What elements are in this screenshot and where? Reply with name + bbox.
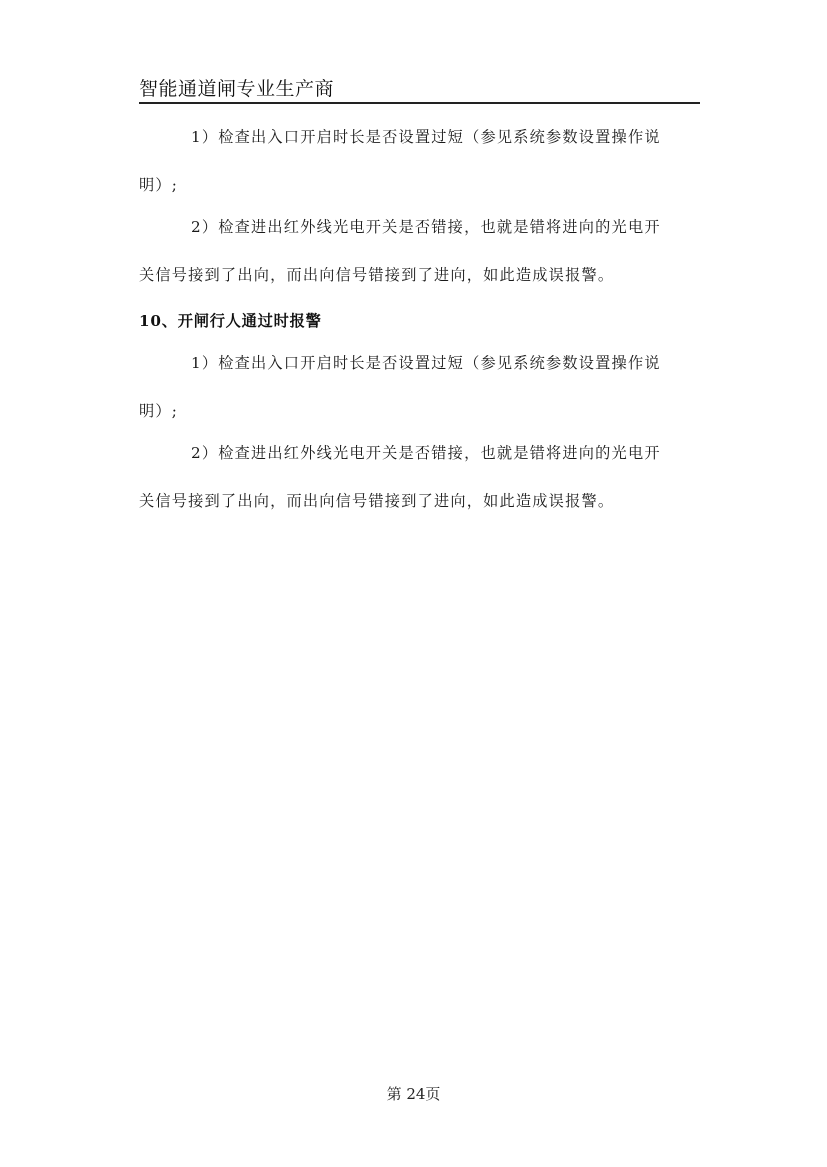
paragraph-line: 明）; xyxy=(139,161,701,209)
section-heading-10: 10、开闸行人通过时报警 xyxy=(139,310,322,331)
paragraph-line: 2）检查进出红外线光电开关是否错接，也就是错将进向的光电开 xyxy=(139,429,701,477)
section-10-item-2: 2）检查进出红外线光电开关是否错接，也就是错将进向的光电开 关信号接到了出向，而… xyxy=(139,429,701,525)
paragraph-line: 关信号接到了出向，而出向信号错接到了进向，如此造成误报警。 xyxy=(139,251,701,299)
section-a-item-1: 1）检查出入口开启时长是否设置过短（参见系统参数设置操作说 明）; xyxy=(139,113,701,209)
section-10-item-1: 1）检查出入口开启时长是否设置过短（参见系统参数设置操作说 明）; xyxy=(139,339,701,435)
page-header: 智能通道闸专业生产商 xyxy=(139,76,700,104)
paragraph-line: 关信号接到了出向，而出向信号错接到了进向，如此造成误报警。 xyxy=(139,477,701,525)
header-title: 智能通道闸专业生产商 xyxy=(139,74,334,101)
section-a-item-2: 2）检查进出红外线光电开关是否错接，也就是错将进向的光电开 关信号接到了出向，而… xyxy=(139,203,701,299)
paragraph-line: 1）检查出入口开启时长是否设置过短（参见系统参数设置操作说 xyxy=(139,113,701,161)
page-number: 第 24页 xyxy=(0,1083,827,1104)
paragraph-line: 明）; xyxy=(139,387,701,435)
paragraph-line: 1）检查出入口开启时长是否设置过短（参见系统参数设置操作说 xyxy=(139,339,701,387)
paragraph-line: 2）检查进出红外线光电开关是否错接，也就是错将进向的光电开 xyxy=(139,203,701,251)
